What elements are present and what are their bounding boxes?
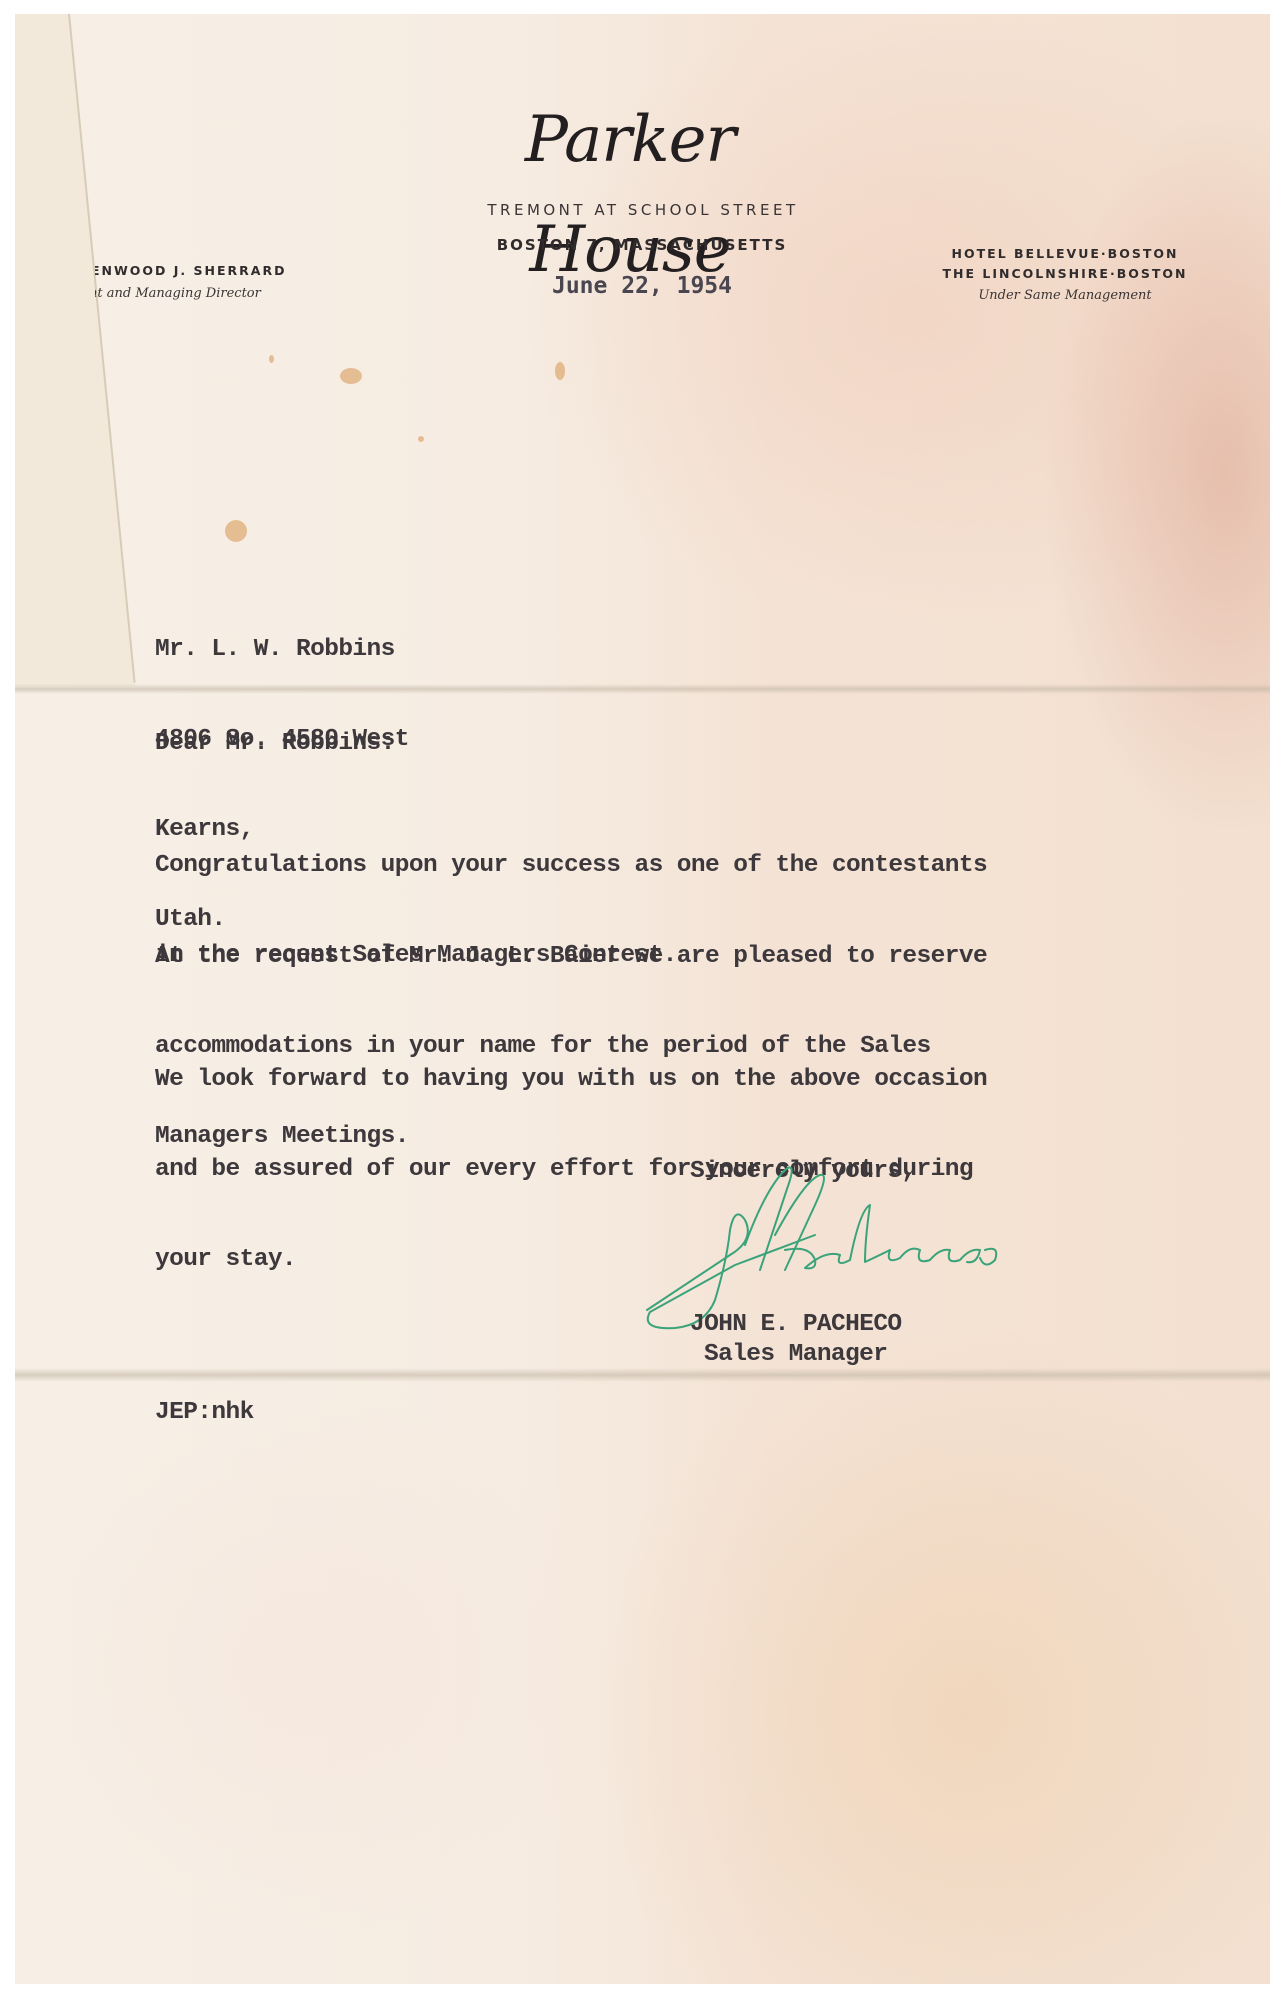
letterhead-left-block: ENWOOD J. SHERRARD dent and Managing Dir… [95,263,295,301]
age-spot [340,368,362,384]
salutation: Dear Mr. Robbins: [155,729,395,759]
signer-name: JOHN E. PACHECO [690,1310,902,1340]
paragraph-line: Congratulations upon your success as one… [155,851,987,881]
letterhead-right-block: HOTEL BELLEVUE·BOSTON THE LINCOLNSHIRE·B… [940,244,1190,303]
paragraph-line: At the request of Mr. J. L. Baier we are… [155,942,987,972]
letterhead-street: TREMONT AT SCHOOL STREET [1,201,1284,219]
affiliate-hotel-2: THE LINCOLNSHIRE·BOSTON [940,264,1190,284]
age-spot [225,520,247,542]
affiliate-hotel-1: HOTEL BELLEVUE·BOSTON [940,244,1190,264]
hotel-logo: Parker House [430,85,830,195]
fold-line [15,1368,1270,1382]
director-title: dent and Managing Director [95,286,295,301]
age-spot [418,436,424,442]
director-name: ENWOOD J. SHERRARD [95,263,295,278]
reference-initials: JEP:nhk [155,1398,254,1428]
address-line: Mr. L. W. Robbins [155,635,409,665]
management-note: Under Same Management [940,288,1190,303]
signer-title: Sales Manager [704,1340,887,1370]
age-spot [555,362,565,380]
age-spot [269,355,274,363]
paragraph-line: We look forward to having you with us on… [155,1065,987,1095]
